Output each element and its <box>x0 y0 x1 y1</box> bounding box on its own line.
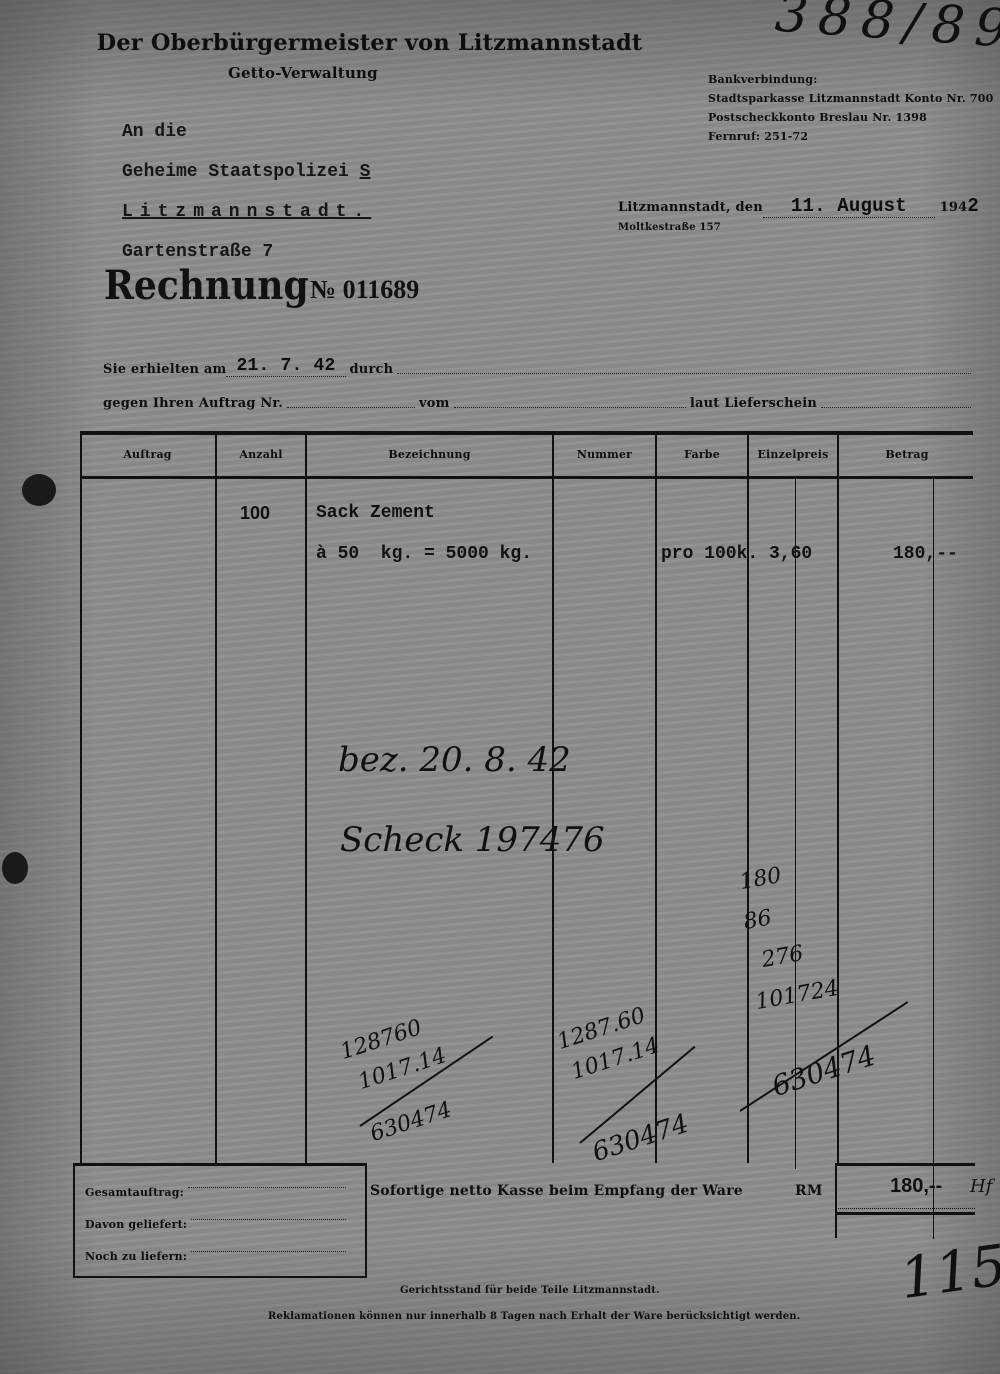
recipient-org-suffix: S <box>360 162 371 182</box>
recipient-org-name: Geheime Staatspolizei <box>122 162 349 182</box>
recipient-address: An die Geheime Staatspolizei S Litzmanns… <box>122 112 371 272</box>
archive-number-handwritten: 388/89 <box>773 0 1000 60</box>
punch-hole-top <box>22 474 56 506</box>
delivery-note-field <box>821 406 971 408</box>
summary-box: Gesamtauftrag: Davon geliefert: Noch zu … <box>73 1163 367 1278</box>
invoice-number-value: 011689 <box>343 275 420 304</box>
handwritten-initials: Hf <box>970 1176 992 1197</box>
footer-jurisdiction: Gerichtsstand für beide Teile Litzmannst… <box>400 1285 660 1296</box>
currency-label: RM <box>795 1183 823 1199</box>
bank-postal-account: Postscheckkonto Breslau Nr. 1398 <box>708 108 993 127</box>
summary-remaining: Noch zu liefern: <box>85 1250 350 1263</box>
letterhead-title: Der Oberbürgermeister von Litzmannstadt <box>97 30 643 56</box>
received-label: Sie erhielten am <box>103 362 226 377</box>
via-field <box>397 372 971 374</box>
date-line: Litzmannstadt, den11. August 1942 <box>618 195 979 218</box>
date-prefix: Litzmannstadt, den <box>618 200 763 215</box>
bank-label: Bankverbindung: <box>708 70 993 89</box>
col-header-anzahl: Anzahl <box>217 448 305 461</box>
handwritten-paid-note: bez. 20. 8. 42 <box>338 740 571 780</box>
cell-bezeichnung-line1: Sack Zement <box>316 503 435 523</box>
summary-total-order: Gesamtauftrag: <box>85 1186 350 1199</box>
received-line: Sie erhielten am 21. 7. 42 durch <box>103 356 975 377</box>
col-header-bezeichnung: Bezeichnung <box>307 448 552 461</box>
col-header-betrag: Betrag <box>839 448 975 461</box>
punch-hole-bottom <box>2 852 28 884</box>
recipient-city: Litzmannstadt. <box>122 192 371 232</box>
total-left-rule <box>835 1163 837 1238</box>
order-number-field <box>287 406 415 408</box>
cell-bezeichnung-line2: à 50 kg. = 5000 kg. <box>316 544 532 564</box>
total-amount: 180,-- <box>890 1175 942 1198</box>
year-suffix: 2 <box>967 195 979 217</box>
bank-savings-account: Stadtsparkasse Litzmannstadt Konto Nr. 7… <box>708 89 993 108</box>
total-bottom-rule <box>835 1212 975 1215</box>
cell-betrag: 180,-- <box>893 544 958 564</box>
total-dotted-rule <box>835 1208 975 1210</box>
order-line: gegen Ihren Auftrag Nr. vom laut Liefers… <box>103 396 975 411</box>
delivery-note-label: laut Lieferschein <box>690 396 817 411</box>
received-date: 21. 7. 42 <box>226 356 345 376</box>
handwritten-page-count: 115 <box>896 1233 1000 1312</box>
col-header-nummer: Nummer <box>554 448 655 461</box>
calc-right-strike <box>739 1001 908 1112</box>
from-label: vom <box>419 396 450 411</box>
recipient-salutation: An die <box>122 112 371 152</box>
payment-terms: Sofortige netto Kasse beim Empfang der W… <box>370 1183 743 1199</box>
bank-details: Bankverbindung: Stadtsparkasse Litzmanns… <box>708 70 993 146</box>
summary-delivered: Davon geliefert: <box>85 1218 350 1231</box>
total-top-rule <box>835 1163 975 1166</box>
sender-street: Moltkestraße 157 <box>618 222 721 233</box>
invoice-number: № 011689 <box>310 275 419 305</box>
letterhead-subtitle: Getto-Verwaltung <box>228 64 378 82</box>
order-label: gegen Ihren Auftrag Nr. <box>103 396 283 411</box>
col-header-farbe: Farbe <box>657 448 747 461</box>
year-prefix: 194 <box>940 200 968 215</box>
invoice-number-label: № <box>310 275 336 304</box>
col-header-einzelpreis: Einzelpreis <box>749 448 837 461</box>
footer-complaints: Reklamationen können nur innerhalb 8 Tag… <box>268 1311 800 1322</box>
cell-einzelpreis: pro 100k. 3,60 <box>661 544 812 564</box>
recipient-org: Geheime Staatspolizei S <box>122 152 371 192</box>
invoice-title: Rechnung <box>104 262 309 309</box>
via-label: durch <box>350 362 394 377</box>
date-value: 11. August <box>791 195 907 217</box>
handwritten-check-note: Scheck 197476 <box>340 820 605 860</box>
from-field <box>454 406 686 408</box>
bank-phone: Fernruf: 251-72 <box>708 127 993 146</box>
cell-anzahl: 100 <box>240 503 270 524</box>
col-header-auftrag: Auftrag <box>80 448 215 461</box>
